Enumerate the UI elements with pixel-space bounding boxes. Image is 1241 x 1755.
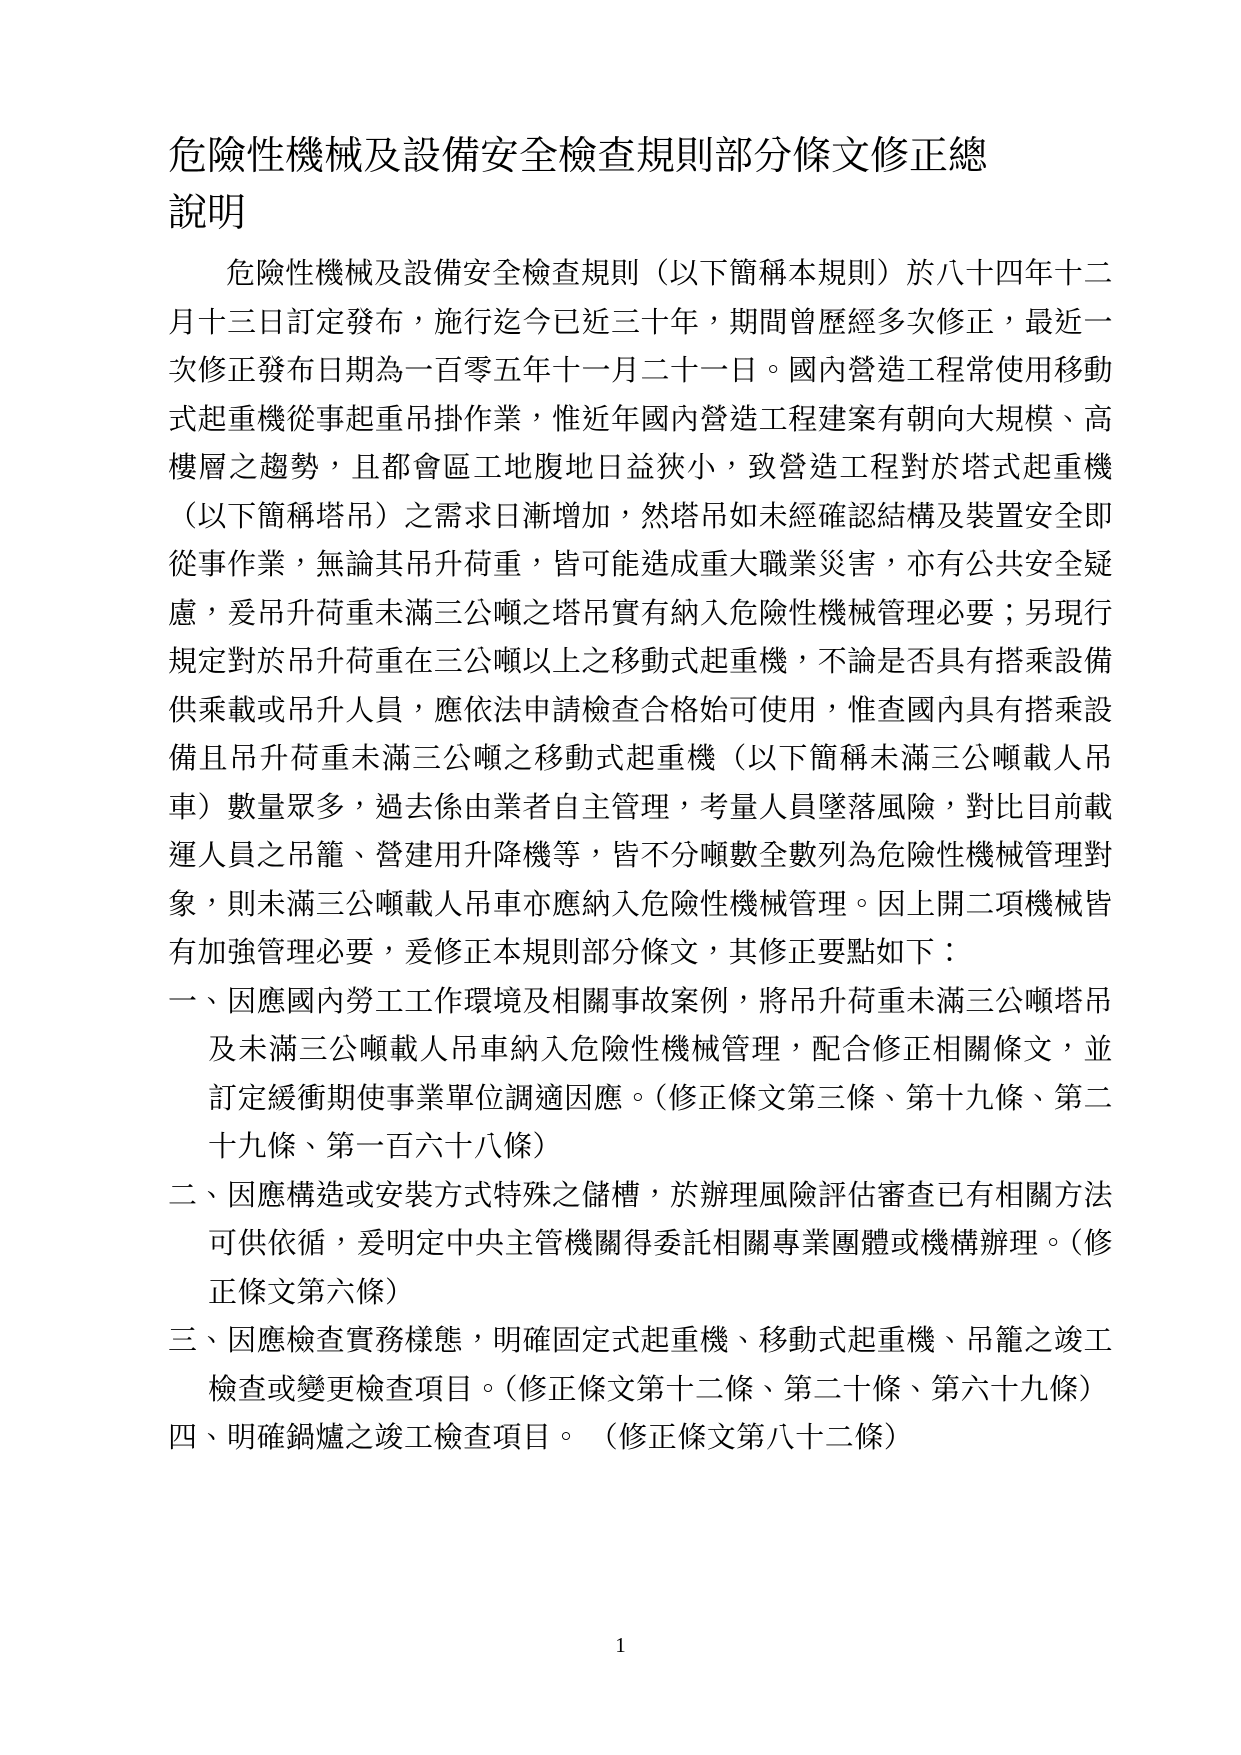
- item-marker: 二、: [168, 1180, 227, 1212]
- item-text: 明確鍋爐之竣工檢查項目。 （修正條文第八十二條）: [227, 1422, 913, 1454]
- amendment-item-3: 三、因應檢查實務樣態，明確固定式起重機、移動式起重機、吊籠之竣工檢查或變更檢查項…: [168, 1317, 1113, 1414]
- document-content: 危險性機械及設備安全檢查規則部分條文修正總說明 危險性機械及設備安全檢查規則（以…: [168, 128, 1113, 1463]
- document-page: 危險性機械及設備安全檢查規則部分條文修正總說明 危險性機械及設備安全檢查規則（以…: [0, 0, 1241, 1755]
- amendment-item-4: 四、明確鍋爐之竣工檢查項目。 （修正條文第八十二條）: [168, 1414, 1113, 1463]
- page-number: 1: [0, 1632, 1241, 1658]
- item-marker: 一、: [168, 986, 227, 1018]
- item-text: 因應國內勞工工作環境及相關事故案例，將吊升荷重未滿三公噸塔吊及未滿三公噸載人吊車…: [208, 986, 1113, 1164]
- amendment-item-1: 一、因應國內勞工工作環境及相關事故案例，將吊升荷重未滿三公噸塔吊及未滿三公噸載人…: [168, 978, 1113, 1172]
- amendment-item-2: 二、因應構造或安裝方式特殊之儲槽，於辦理風險評估審查已有相關方法可供依循，爰明定…: [168, 1172, 1113, 1318]
- intro-paragraph: 危險性機械及設備安全檢查規則（以下簡稱本規則）於八十四年十二月十三日訂定發布，施…: [168, 250, 1113, 978]
- item-marker: 三、: [168, 1325, 227, 1357]
- document-title: 危險性機械及設備安全檢查規則部分條文修正總說明: [168, 128, 998, 242]
- item-text: 因應構造或安裝方式特殊之儲槽，於辦理風險評估審查已有相關方法可供依循，爰明定中央…: [208, 1180, 1113, 1309]
- item-text: 因應檢查實務樣態，明確固定式起重機、移動式起重機、吊籠之竣工檢查或變更檢查項目。…: [208, 1325, 1113, 1406]
- item-marker: 四、: [168, 1422, 227, 1454]
